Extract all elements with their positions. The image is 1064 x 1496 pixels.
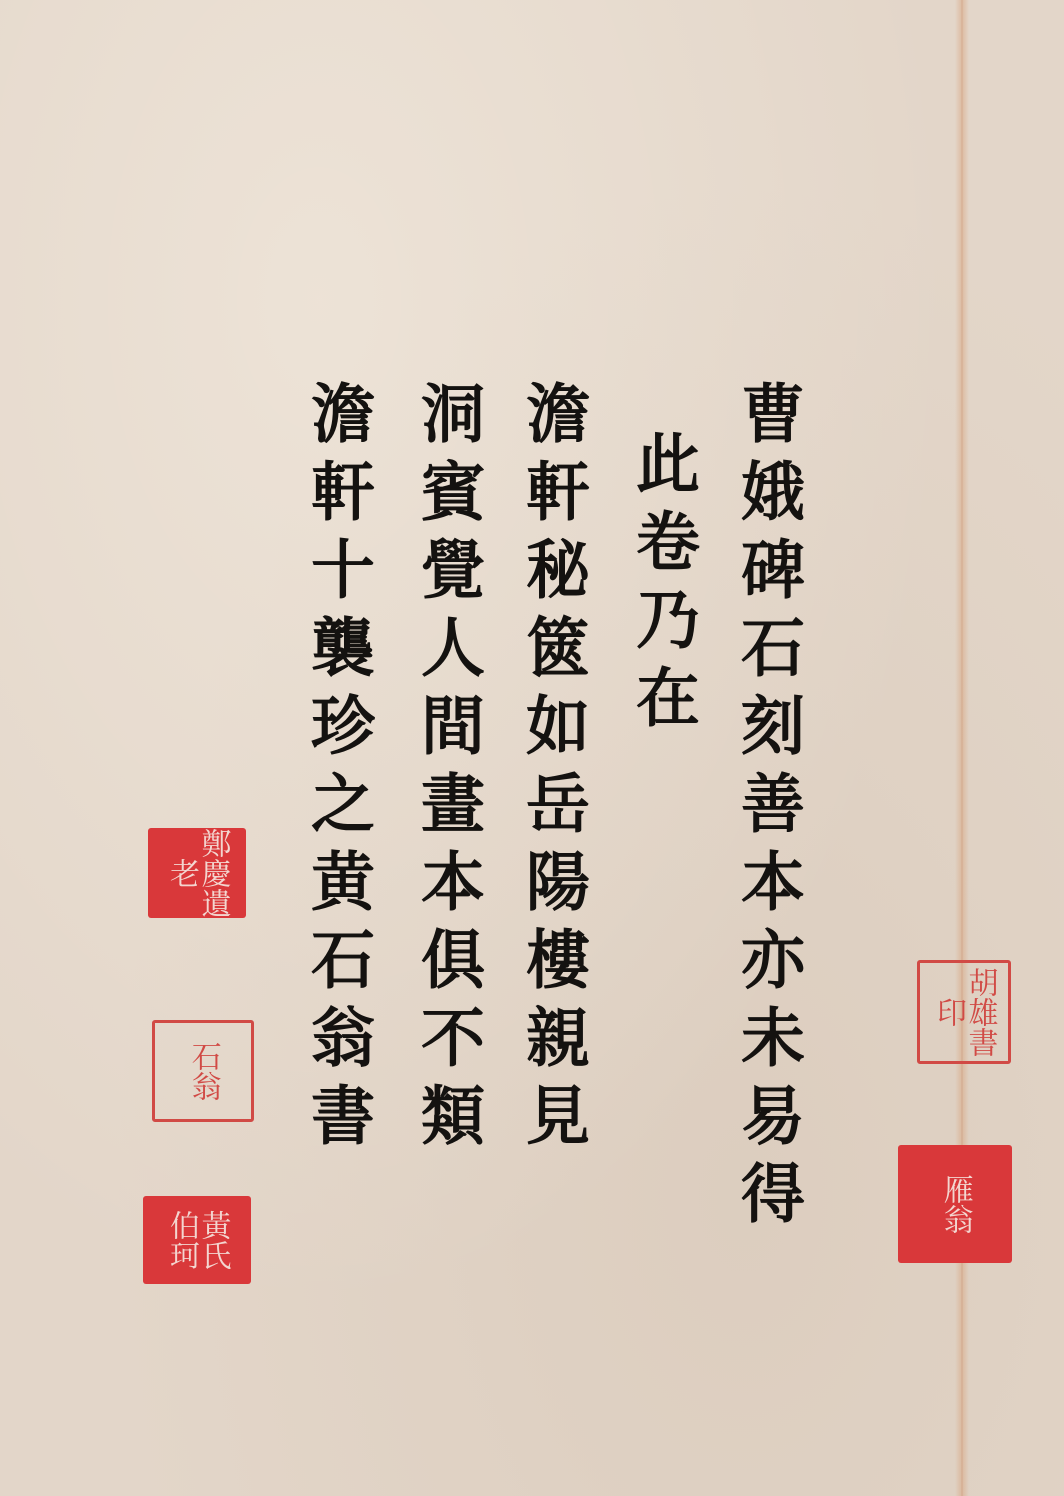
calligraphy-column-3: 澹軒秘篋如岳陽樓親見 (520, 380, 584, 1160)
seal-bottom-left: 黃氏伯珂 (143, 1196, 251, 1284)
calligraphy-column-1: 曹娥碑石刻善本亦未易得 (735, 380, 799, 1238)
seal-bottom-right: 雁翁 (898, 1145, 1012, 1263)
paper-fold-line (955, 0, 969, 1496)
seal-middle-left: 石翁 (152, 1020, 254, 1122)
seal-top-left: 鄭慶遺老 (148, 828, 246, 918)
seal-top-right: 胡雄書印 (917, 960, 1011, 1064)
calligraphy-column-2: 此卷乃在 (630, 430, 694, 742)
calligraphy-column-5: 澹軒十襲珍之黄石翁書 (305, 380, 369, 1160)
calligraphy-column-4: 洞賓覺人間畫本俱不類 (415, 380, 479, 1160)
